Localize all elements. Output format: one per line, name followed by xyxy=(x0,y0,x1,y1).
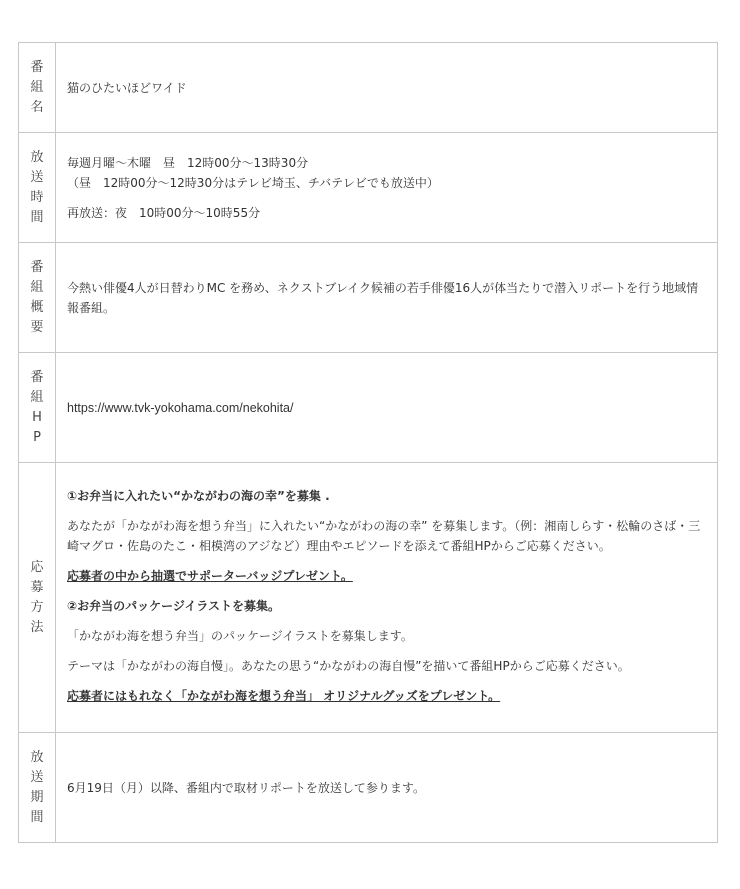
section-2-body-theme: テーマは「かながわの海自慢」。あなたの思う“かながわの海自慢”を描いて番組HPか… xyxy=(67,656,707,676)
value-program-overview: 今熱い俳優4人が日替わりMC を務め、ネクストブレイク候補の若手俳優16人が体当… xyxy=(56,243,718,353)
label-broadcast-period: 放 送 期 間 xyxy=(19,733,56,843)
table-row-broadcast-period: 放 送 期 間 6月19日（月）以降、番組内で取材リポートを放送して参ります。 xyxy=(19,733,718,843)
rebroadcast-schedule: 再放送：夜 10時00分～10時55分 xyxy=(67,203,707,223)
section-1-heading: ①お弁当に入れたい“かながわの海の幸”を募集 . xyxy=(67,486,707,506)
table-row-program-hp: 番 組 H P https://www.tvk-yokohama.com/nek… xyxy=(19,353,718,463)
section-2-prize: 応募者にはもれなく「かながわ海を想う弁当」 オリジナルグッズをプレゼント。 xyxy=(67,686,707,706)
broadcast-schedule-note: （昼 12時00分～12時30分はテレビ埼玉、チバテレビでも放送中） xyxy=(67,173,707,193)
section-2-heading: ②お弁当のパッケージイラストを募集。 xyxy=(67,596,707,616)
broadcast-period-text: 6月19日（月）以降、番組内で取材リポートを放送して参ります。 xyxy=(67,781,425,795)
section-2-body: 「かながわ海を想う弁当」のパッケージイラストを募集します。 xyxy=(67,626,707,646)
program-name-text: 猫のひたいほどワイド xyxy=(67,81,187,95)
section-1-prize: 応募者の中から抽選でサポーターバッジプレゼント。 xyxy=(67,566,707,586)
program-hp-url[interactable]: https://www.tvk-yokohama.com/nekohita/ xyxy=(67,401,293,415)
program-overview-text: 今熱い俳優4人が日替わりMC を務め、ネクストブレイク候補の若手俳優16人が体当… xyxy=(67,281,698,315)
table-row-broadcast-time: 放 送 時 間 毎週月曜～木曜 昼 12時00分～13時30分 （昼 12時00… xyxy=(19,133,718,243)
broadcast-schedule-main: 毎週月曜～木曜 昼 12時00分～13時30分 xyxy=(67,153,707,173)
table-row-program-name: 番 組 名 猫のひたいほどワイド xyxy=(19,43,718,133)
value-broadcast-time: 毎週月曜～木曜 昼 12時00分～13時30分 （昼 12時00分～12時30分… xyxy=(56,133,718,243)
label-program-overview: 番 組 概 要 xyxy=(19,243,56,353)
value-program-name: 猫のひたいほどワイド xyxy=(56,43,718,133)
label-broadcast-time: 放 送 時 間 xyxy=(19,133,56,243)
value-broadcast-period: 6月19日（月）以降、番組内で取材リポートを放送して参ります。 xyxy=(56,733,718,843)
label-program-name: 番 組 名 xyxy=(19,43,56,133)
table-row-program-overview: 番 組 概 要 今熱い俳優4人が日替わりMC を務め、ネクストブレイク候補の若手… xyxy=(19,243,718,353)
section-1-body: あなたが「かながわ海を想う弁当」に入れたい“かながわの海の幸” を募集します。（… xyxy=(67,516,707,556)
program-info-table: 番 組 名 猫のひたいほどワイド 放 送 時 間 毎週月曜～木曜 昼 12時00… xyxy=(18,42,718,843)
value-program-hp: https://www.tvk-yokohama.com/nekohita/ xyxy=(56,353,718,463)
table-row-how-to-apply: 応 募 方 法 ①お弁当に入れたい“かながわの海の幸”を募集 . あなたが「かな… xyxy=(19,463,718,733)
value-how-to-apply: ①お弁当に入れたい“かながわの海の幸”を募集 . あなたが「かながわ海を想う弁当… xyxy=(56,463,718,733)
label-how-to-apply: 応 募 方 法 xyxy=(19,463,56,733)
label-program-hp: 番 組 H P xyxy=(19,353,56,463)
